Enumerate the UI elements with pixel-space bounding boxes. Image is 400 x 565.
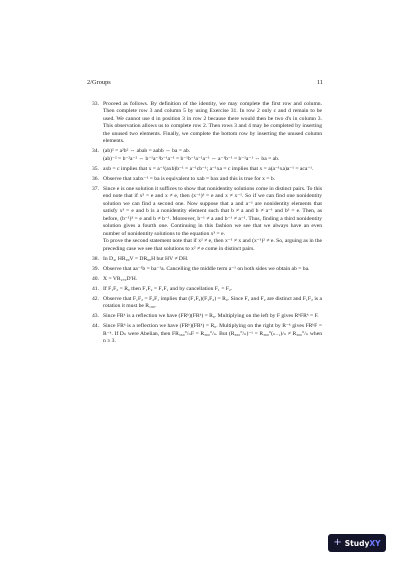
item-body: Observe that xabx⁻¹ = ba is equivalent t… (103, 176, 322, 183)
item-paragraph: Observe that F₁F₂ = F₂F₁ implies that (F… (103, 296, 322, 311)
item-paragraph: Observe that xabx⁻¹ = ba is equivalent t… (103, 176, 322, 183)
item-paragraph: Proceed as follows. By definition of the… (103, 101, 322, 146)
item-number: 38. (92, 256, 103, 263)
item-body: Proceed as follows. By definition of the… (103, 101, 322, 146)
item-body: Observe that F₁F₂ = F₂F₁ implies that (F… (103, 296, 322, 311)
solution-item: 41.If F₁F₂ = R₀ then F₁F₂ = F₁F₁ and by … (92, 286, 322, 293)
item-paragraph: If F₁F₂ = R₀ then F₁F₂ = F₁F₁ and by can… (103, 286, 322, 293)
item-paragraph: X = VR₂₇₀D′H. (103, 276, 322, 283)
page-number: 11 (317, 79, 323, 86)
studyxy-badge[interactable]: + StudyXY (328, 534, 386, 552)
item-body: Since e is one solution it suffices to s… (103, 186, 322, 253)
running-header: 2/Groups 11 (87, 79, 323, 86)
brand-name: StudyXY (345, 539, 381, 548)
solution-item: 34.(ab)² = a²b² ⇔ abab = aabb ⇔ ba = ab.… (92, 148, 322, 163)
item-number: 35. (92, 166, 103, 173)
item-number: 44. (92, 323, 103, 345)
item-paragraph: Since FRᵏ is a reflection we have (FRᵏ)(… (103, 323, 322, 345)
item-body: Since FRᵏ is a reflection we have (FRᵏ)(… (103, 313, 322, 320)
item-paragraph: Since e is one solution it suffices to s… (103, 186, 322, 238)
item-number: 36. (92, 176, 103, 183)
item-paragraph: Since FRᵏ is a reflection we have (FRᵏ)(… (103, 313, 322, 320)
item-number: 42. (92, 296, 103, 311)
item-number: 37. (92, 186, 103, 253)
item-body: axb = c implies that x = a⁻¹(axb)b⁻¹ = a… (103, 166, 322, 173)
chapter-title: 2/Groups (87, 79, 111, 86)
item-paragraph: Observe that aa⁻¹b = ba⁻¹a. Cancelling t… (103, 266, 322, 273)
item-body: Since FRᵏ is a reflection we have (FRᵏ)(… (103, 323, 322, 345)
solution-item: 43.Since FRᵏ is a reflection we have (FR… (92, 313, 322, 320)
item-body: (ab)² = a²b² ⇔ abab = aabb ⇔ ba = ab.(ab… (103, 148, 322, 163)
solution-item: 44.Since FRᵏ is a reflection we have (FR… (92, 323, 322, 345)
item-paragraph: (ab)⁻² = b⁻²a⁻² ⇔ b⁻¹a⁻¹b⁻¹a⁻¹ = b⁻¹b⁻¹a… (103, 156, 322, 163)
solution-item: 38.In D₄, HR₉₀V = DR₉₀H but HV ≠ DH. (92, 256, 322, 263)
item-number: 41. (92, 286, 103, 293)
solution-item: 36.Observe that xabx⁻¹ = ba is equivalen… (92, 176, 322, 183)
item-body: X = VR₂₇₀D′H. (103, 276, 322, 283)
item-paragraph: (ab)² = a²b² ⇔ abab = aabb ⇔ ba = ab. (103, 148, 322, 155)
solution-item: 33.Proceed as follows. By definition of … (92, 101, 322, 146)
item-number: 43. (92, 313, 103, 320)
solution-item: 39.Observe that aa⁻¹b = ba⁻¹a. Cancellin… (92, 266, 322, 273)
solution-item: 37.Since e is one solution it suffices t… (92, 186, 322, 253)
item-paragraph: In D₄, HR₉₀V = DR₉₀H but HV ≠ DH. (103, 256, 322, 263)
item-number: 39. (92, 266, 103, 273)
solution-item: 42.Observe that F₁F₂ = F₂F₁ implies that… (92, 296, 322, 311)
plus-icon: + (333, 538, 341, 548)
item-body: If F₁F₂ = R₀ then F₁F₂ = F₁F₁ and by can… (103, 286, 322, 293)
item-number: 33. (92, 101, 103, 146)
item-paragraph: axb = c implies that x = a⁻¹(axb)b⁻¹ = a… (103, 166, 322, 173)
item-number: 40. (92, 276, 103, 283)
item-body: In D₄, HR₉₀V = DR₉₀H but HV ≠ DH. (103, 256, 322, 263)
item-paragraph: To prove the second statement note that … (103, 238, 322, 253)
solution-item: 40.X = VR₂₇₀D′H. (92, 276, 322, 283)
item-body: Observe that aa⁻¹b = ba⁻¹a. Cancelling t… (103, 266, 322, 273)
solution-item: 35.axb = c implies that x = a⁻¹(axb)b⁻¹ … (92, 166, 322, 173)
solutions-list: 33.Proceed as follows. By definition of … (92, 101, 322, 348)
item-number: 34. (92, 148, 103, 163)
